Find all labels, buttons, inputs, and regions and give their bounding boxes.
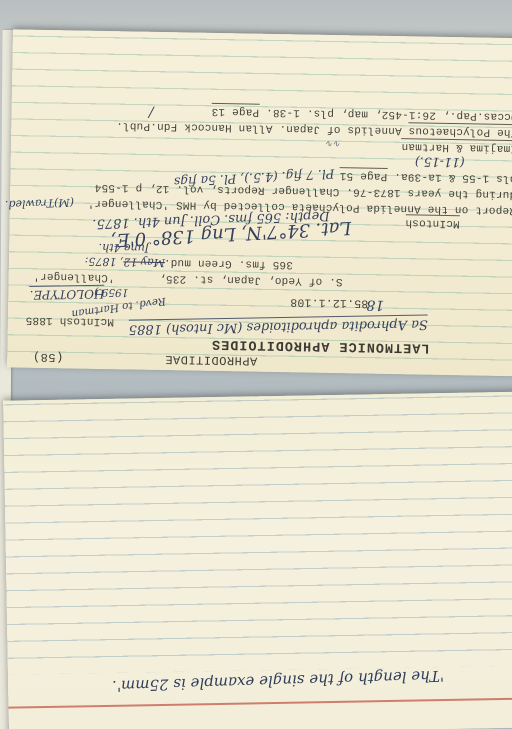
date-year: , 1875: (85, 255, 124, 269)
registration-number: 85.12.1.108 (290, 295, 368, 309)
type-status: HOLOTYPE. (30, 285, 105, 302)
red-header-rule (8, 697, 512, 708)
depth-substrate: 365 fms. Green mud. (164, 256, 293, 270)
registration-prefix: 18 (366, 297, 384, 313)
checkmark-slash: / (149, 104, 154, 120)
photo-background: APHRODITIDAE (58) LAETMONICE APHRODITOID… (0, 0, 512, 729)
vessel-name: 'Challenger' (33, 270, 115, 283)
index-card-specimen: APHRODITIDAE (58) LAETMONICE APHRODITOID… (7, 29, 512, 376)
reference2-page: Page 13 (211, 103, 259, 118)
reference1-plates: pls 1-55 & 1a-39a. (387, 170, 512, 184)
family-name: APHRODITIDAE (165, 352, 258, 368)
trawled-annotation: (M)Trawled. (5, 196, 74, 211)
reference2-title-underlined: The Polychaetous (408, 122, 512, 138)
pencil-squiggle: ∿∿ (326, 138, 341, 148)
ruled-lines (3, 391, 512, 674)
reference1-page: Page 51 (340, 167, 388, 182)
card-number: (58) (32, 350, 63, 365)
struck-date: May 12 (123, 255, 165, 269)
collection-date: May 12, 1875: (85, 255, 165, 269)
figures-annotation-2: (11-15.) (415, 154, 465, 170)
reference2-author: Imajima & Hartman (401, 138, 512, 154)
index-card-note: 'The length of the single example is 25m… (3, 391, 512, 729)
reference1-author: McIntosh (405, 214, 460, 229)
